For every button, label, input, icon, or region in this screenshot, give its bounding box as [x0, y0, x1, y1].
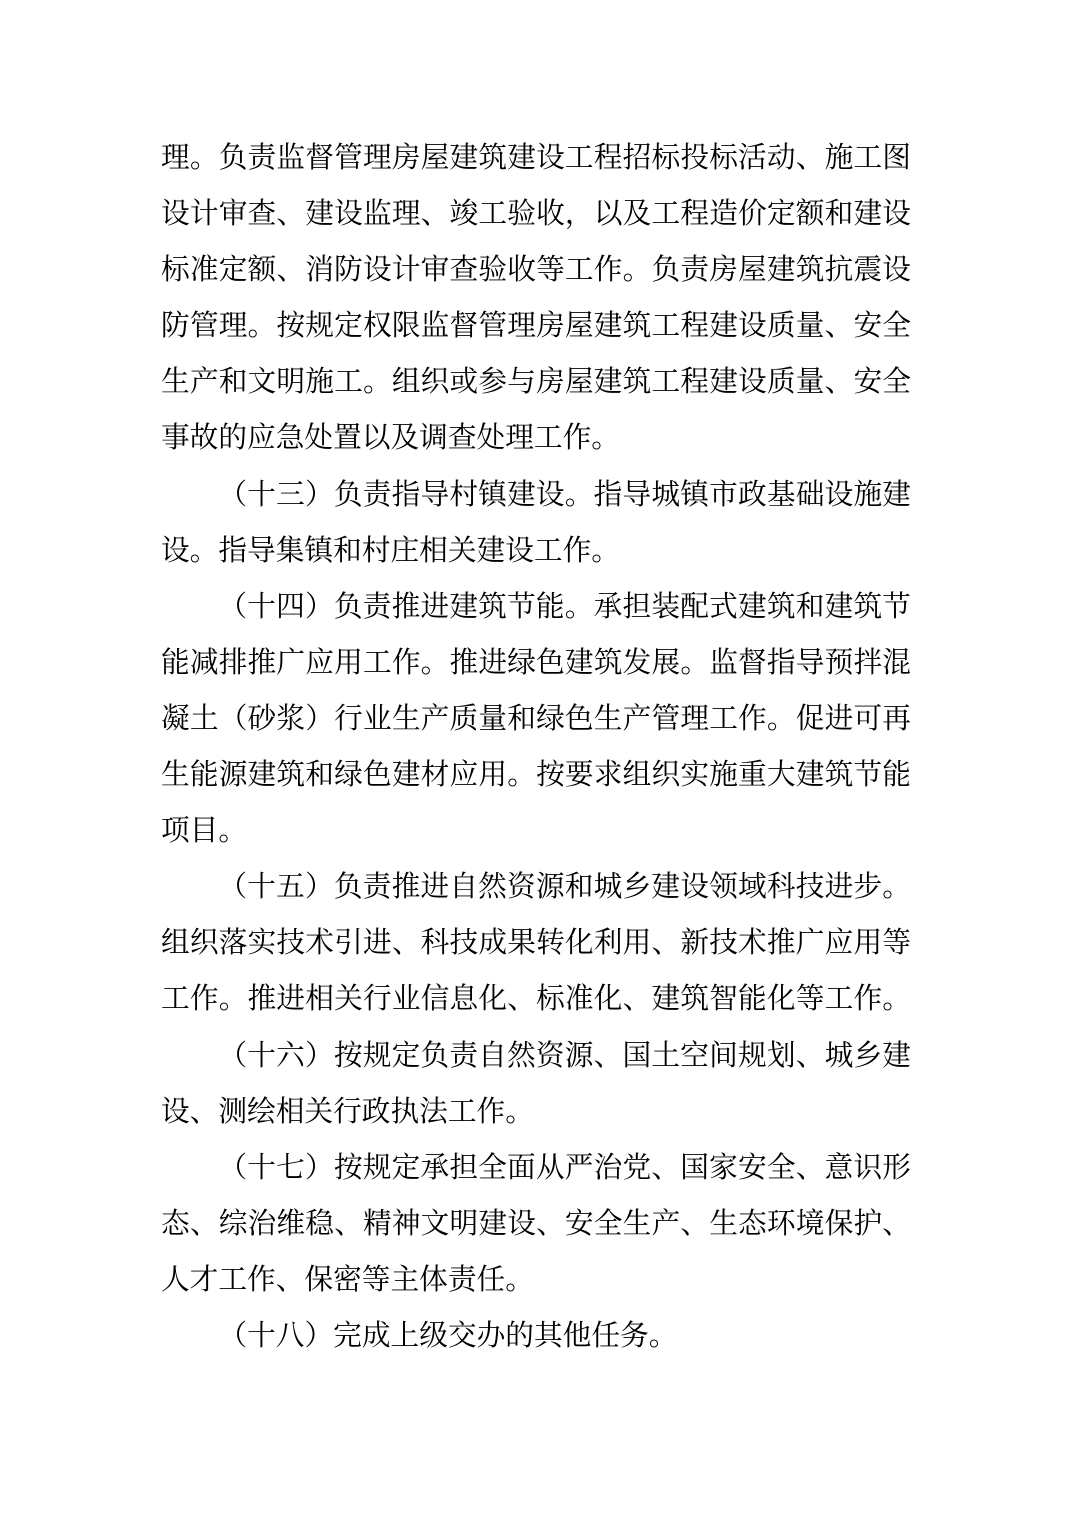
text-line: 设计审查、建设监理、竣工验收，以及工程造价定额和建设: [161, 186, 911, 242]
text-line: 事故的应急处置以及调查处理工作。: [161, 410, 911, 466]
text-line: （十六）按规定负责自然资源、国土空间规划、城乡建: [161, 1028, 911, 1084]
text-line: （十八）完成上级交办的其他任务。: [161, 1308, 911, 1364]
document-body: 理。负责监督管理房屋建筑建设工程招标投标活动、施工图设计审查、建设监理、竣工验收…: [161, 130, 911, 1364]
text-line: 项目。: [161, 803, 911, 859]
text-line: 理。负责监督管理房屋建筑建设工程招标投标活动、施工图: [161, 130, 911, 186]
document-page: 理。负责监督管理房屋建筑建设工程招标投标活动、施工图设计审查、建设监理、竣工验收…: [0, 0, 1074, 1520]
text-line: 工作。推进相关行业信息化、标准化、建筑智能化等工作。: [161, 971, 911, 1027]
text-line: 态、综治维稳、精神文明建设、安全生产、生态环境保护、: [161, 1196, 911, 1252]
text-line: 设、测绘相关行政执法工作。: [161, 1084, 911, 1140]
text-line: （十七）按规定承担全面从严治党、国家安全、意识形: [161, 1140, 911, 1196]
text-line: 组织落实技术引进、科技成果转化利用、新技术推广应用等: [161, 915, 911, 971]
text-line: （十三）负责指导村镇建设。指导城镇市政基础设施建: [161, 467, 911, 523]
text-line: 凝土（砂浆）行业生产质量和绿色生产管理工作。促进可再: [161, 691, 911, 747]
text-line: 生能源建筑和绿色建材应用。按要求组织实施重大建筑节能: [161, 747, 911, 803]
text-line: 防管理。按规定权限监督管理房屋建筑工程建设质量、安全: [161, 298, 911, 354]
text-line: （十四）负责推进建筑节能。承担装配式建筑和建筑节: [161, 579, 911, 635]
text-line: 人才工作、保密等主体责任。: [161, 1252, 911, 1308]
text-line: 标准定额、消防设计审查验收等工作。负责房屋建筑抗震设: [161, 242, 911, 298]
text-line: 设。指导集镇和村庄相关建设工作。: [161, 523, 911, 579]
text-line: 能减排推广应用工作。推进绿色建筑发展。监督指导预拌混: [161, 635, 911, 691]
text-line: 生产和文明施工。组织或参与房屋建筑工程建设质量、安全: [161, 354, 911, 410]
text-line: （十五）负责推进自然资源和城乡建设领域科技进步。: [161, 859, 911, 915]
